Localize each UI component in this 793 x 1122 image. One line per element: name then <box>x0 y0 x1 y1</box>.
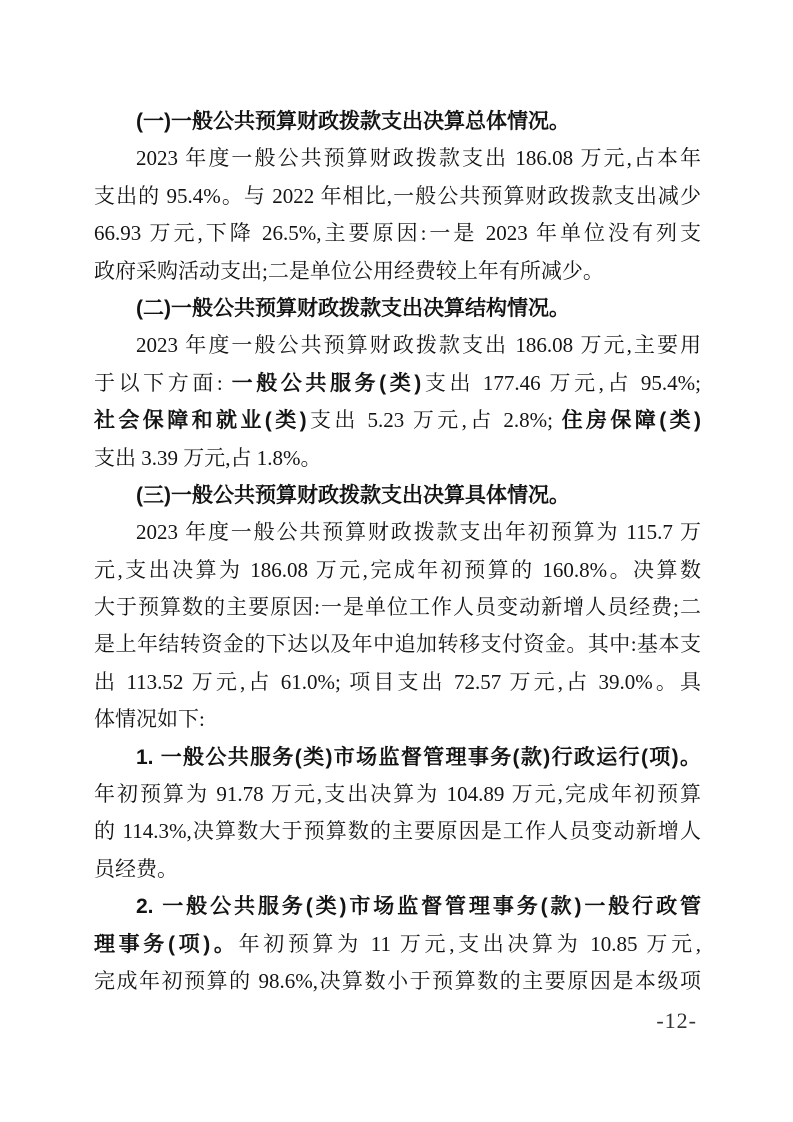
text-line: 2023 年度一般公共预算财政拨款支出 186.08 万元,占本年 <box>94 140 701 177</box>
bold-text-segment: 住房保障(类) <box>562 409 701 432</box>
text-segment: 的 114.3%,决算数大于预算数的主要原因是工作人员变动新增人 <box>94 819 701 843</box>
bold-text-segment: (一)一般公共预算财政拨款支出决算总体情况。 <box>136 110 570 133</box>
text-line: 66.93 万元,下降 26.5%,主要原因:一是 2023 年单位没有列支 <box>94 215 701 252</box>
text-segment: 2023 年度一般公共预算财政拨款支出 186.08 万元,主要用 <box>136 333 701 357</box>
text-line: 体情况如下: <box>94 701 701 738</box>
text-segment: 支出 177.46 万元,占 95.4%; <box>421 371 701 395</box>
text-line: 员经费。 <box>94 851 701 888</box>
text-line: 出 113.52 万元,占 61.0%; 项目支出 72.57 万元,占 39.… <box>94 664 701 701</box>
text-segment: 支出的 95.4%。与 2022 年相比,一般公共预算财政拨款支出减少 <box>94 184 701 208</box>
text-line: 于以下方面: 一般公共服务(类)支出 177.46 万元,占 95.4%; <box>94 365 701 402</box>
bold-text-segment: (三)一般公共预算财政拨款支出决算具体情况。 <box>136 484 570 507</box>
text-line: 完成年初预算的 98.6%,决算数小于预算数的主要原因是本级项 <box>94 963 701 1000</box>
text-line: 1. 一般公共服务(类)市场监督管理事务(款)行政运行(项)。 <box>94 739 701 776</box>
text-line: 政府采购活动支出;二是单位公用经费较上年有所减少。 <box>94 253 701 290</box>
text-segment: 大于预算数的主要原因:一是单位工作人员变动新增人员经费;二 <box>94 595 701 619</box>
text-segment: 出 113.52 万元,占 61.0%; 项目支出 72.57 万元,占 39.… <box>94 670 701 694</box>
bold-text-segment: 2. 一般公共服务(类)市场监督管理事务(款)一般行政管 <box>136 895 701 918</box>
bold-text-segment: 1. 一般公共服务(类)市场监督管理事务(款)行政运行(项)。 <box>136 746 701 769</box>
text-line: 社会保障和就业(类)支出 5.23 万元,占 2.8%; 住房保障(类) <box>94 402 701 439</box>
text-line: 年初预算为 91.78 万元,支出决算为 104.89 万元,完成年初预算 <box>94 776 701 813</box>
text-segment: 完成年初预算的 98.6%,决算数小于预算数的主要原因是本级项 <box>94 969 701 993</box>
text-segment: 支出 3.39 万元,占 1.8%。 <box>94 446 322 470</box>
section-3-body: 2023 年度一般公共预算财政拨款支出年初预算为 115.7 万元,支出决算为 … <box>94 514 701 738</box>
text-segment: 于以下方面: <box>94 371 232 395</box>
text-line: 支出的 95.4%。与 2022 年相比,一般公共预算财政拨款支出减少 <box>94 178 701 215</box>
section-3-heading: (三)一般公共预算财政拨款支出决算具体情况。 <box>94 477 701 514</box>
text-line: (一)一般公共预算财政拨款支出决算总体情况。 <box>94 103 701 140</box>
document-page: (一)一般公共预算财政拨款支出决算总体情况。2023 年度一般公共预算财政拨款支… <box>0 0 793 1122</box>
text-line: 支出 3.39 万元,占 1.8%。 <box>94 440 701 477</box>
text-line: (三)一般公共预算财政拨款支出决算具体情况。 <box>94 477 701 514</box>
text-line: 的 114.3%,决算数大于预算数的主要原因是工作人员变动新增人 <box>94 813 701 850</box>
text-line: 理事务(项)。年初预算为 11 万元,支出决算为 10.85 万元, <box>94 926 701 963</box>
text-line: 2. 一般公共服务(类)市场监督管理事务(款)一般行政管 <box>94 888 701 925</box>
text-segment: 员经费。 <box>94 857 178 881</box>
bold-text-segment: 一般公共服务(类) <box>232 372 422 395</box>
page-number: -12- <box>656 1008 697 1034</box>
section-2-heading: (二)一般公共预算财政拨款支出决算结构情况。 <box>94 290 701 327</box>
section-1-heading: (一)一般公共预算财政拨款支出决算总体情况。 <box>94 103 701 140</box>
bold-text-segment: 理事务(项)。 <box>94 933 239 956</box>
section-1-body: 2023 年度一般公共预算财政拨款支出 186.08 万元,占本年支出的 95.… <box>94 140 701 290</box>
section-2-body: 2023 年度一般公共预算财政拨款支出 186.08 万元,主要用于以下方面: … <box>94 327 701 477</box>
text-line: 是上年结转资金的下达以及年中追加转移支付资金。其中:基本支 <box>94 626 701 663</box>
text-segment: 年初预算为 91.78 万元,支出决算为 104.89 万元,完成年初预算 <box>94 782 701 806</box>
text-segment: 66.93 万元,下降 26.5%,主要原因:一是 2023 年单位没有列支 <box>94 221 701 245</box>
item-2: 2. 一般公共服务(类)市场监督管理事务(款)一般行政管理事务(项)。年初预算为… <box>94 888 701 1000</box>
text-line: (二)一般公共预算财政拨款支出决算结构情况。 <box>94 290 701 327</box>
document-content: (一)一般公共预算财政拨款支出决算总体情况。2023 年度一般公共预算财政拨款支… <box>94 103 701 1000</box>
text-segment: 体情况如下: <box>94 707 205 731</box>
text-segment: 年初预算为 11 万元,支出决算为 10.85 万元, <box>239 932 701 956</box>
item-1: 1. 一般公共服务(类)市场监督管理事务(款)行政运行(项)。年初预算为 91.… <box>94 739 701 889</box>
text-segment: 2023 年度一般公共预算财政拨款支出 186.08 万元,占本年 <box>136 146 701 170</box>
text-line: 大于预算数的主要原因:一是单位工作人员变动新增人员经费;二 <box>94 589 701 626</box>
text-segment: 2023 年度一般公共预算财政拨款支出年初预算为 115.7 万 <box>136 520 701 544</box>
text-line: 2023 年度一般公共预算财政拨款支出 186.08 万元,主要用 <box>94 327 701 364</box>
text-segment: 支出 5.23 万元,占 2.8%; <box>307 408 562 432</box>
text-line: 元,支出决算为 186.08 万元,完成年初预算的 160.8%。决算数 <box>94 552 701 589</box>
text-segment: 元,支出决算为 186.08 万元,完成年初预算的 160.8%。决算数 <box>94 558 701 582</box>
text-segment: 政府采购活动支出;二是单位公用经费较上年有所减少。 <box>94 259 604 283</box>
bold-text-segment: 社会保障和就业(类) <box>94 409 307 432</box>
bold-text-segment: (二)一般公共预算财政拨款支出决算结构情况。 <box>136 297 570 320</box>
text-segment: 是上年结转资金的下达以及年中追加转移支付资金。其中:基本支 <box>94 632 701 656</box>
text-line: 2023 年度一般公共预算财政拨款支出年初预算为 115.7 万 <box>94 514 701 551</box>
